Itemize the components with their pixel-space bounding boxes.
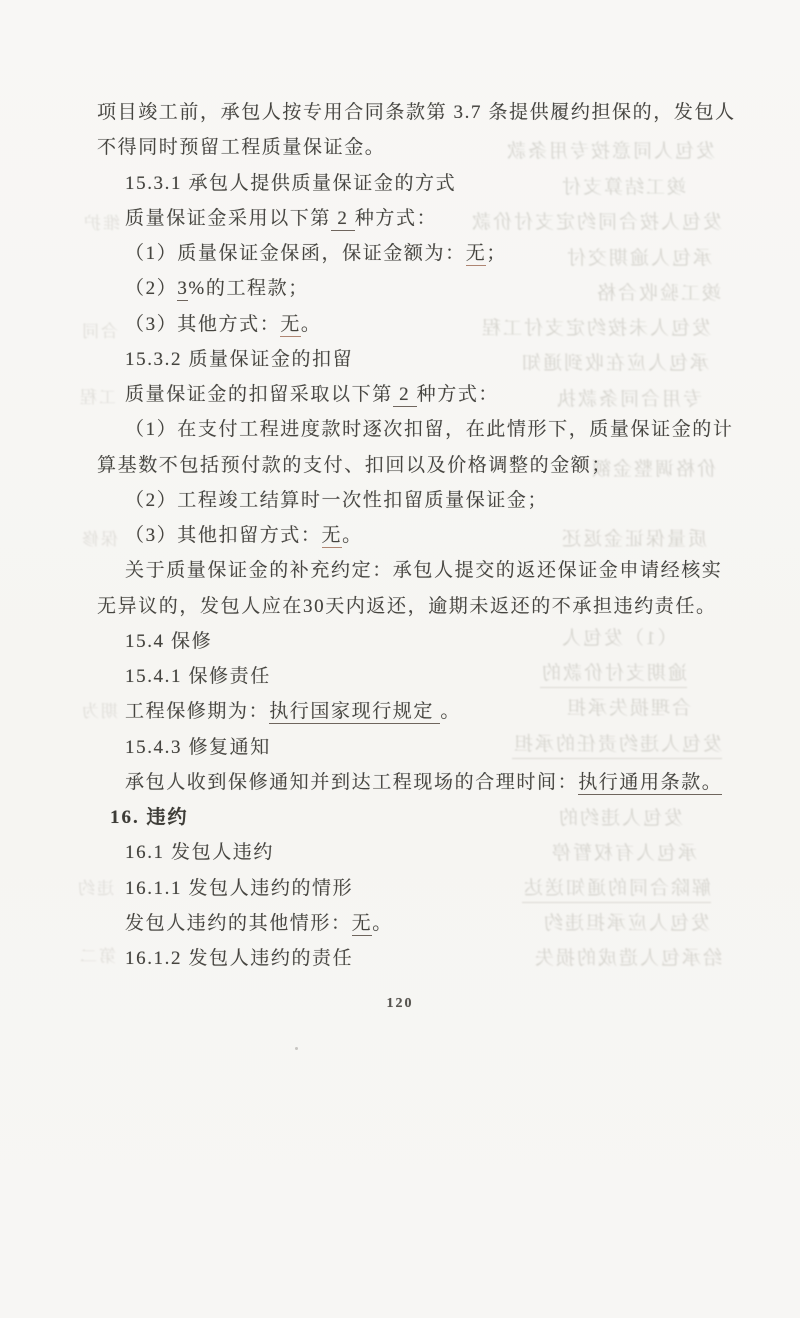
- text-segment: 项目竣工前，承包人按专用合同条款第 3.7 条提供履约担保的，发包人: [97, 102, 736, 123]
- text-segment: 无异议的，发包人应在30天内返还，逾期未返还的不承担违约责任。: [97, 596, 717, 617]
- text-segment: 15.3.2 质量保证金的扣留: [125, 349, 353, 370]
- text-segment: （2）: [125, 278, 177, 299]
- text-line: 16.1.1 发包人违约的情形: [97, 871, 760, 906]
- text-line: （3）其他方式：无。: [97, 307, 760, 342]
- text-segment: （3）其他扣留方式：: [125, 525, 322, 546]
- text-line: 16.1.2 发包人违约的责任: [97, 941, 760, 976]
- text-line: 不得同时预留工程质量保证金。: [97, 130, 760, 165]
- text-segment: 。: [372, 913, 393, 934]
- text-line: 算基数不包括预付款的支付、扣回以及价格调整的金额；: [97, 448, 760, 483]
- text-line: （1）在支付工程进度款时逐次扣留，在此情形下，质量保证金的计: [97, 412, 760, 447]
- text-line: （2）3%的工程款；: [97, 271, 760, 306]
- text-line: 质量保证金的扣留采取以下第 2 种方式：: [97, 377, 760, 412]
- text-segment: 算基数不包括预付款的支付、扣回以及价格调整的金额；: [97, 455, 612, 476]
- text-segment: %的工程款；: [188, 278, 308, 299]
- text-segment: （3）其他方式：: [125, 314, 280, 335]
- text-segment: 发包人违约的其他情形：: [125, 913, 352, 934]
- filled-blank: 无: [352, 913, 373, 936]
- text-segment: 关于质量保证金的补充约定：承包人提交的返还保证金申请经核实: [125, 560, 722, 581]
- filled-blank: 无: [322, 525, 343, 548]
- text-line: 15.4.1 保修责任: [97, 659, 760, 694]
- filled-blank: 2: [393, 384, 417, 407]
- text-segment: 15.3.1 承包人提供质量保证金的方式: [125, 173, 456, 194]
- text-line: 承包人收到保修通知并到达工程现场的合理时间：执行通用条款。: [97, 765, 760, 800]
- text-line: 无异议的，发包人应在30天内返还，逾期未返还的不承担违约责任。: [97, 589, 760, 624]
- text-segment: 不得同时预留工程质量保证金。: [97, 137, 385, 158]
- filled-blank: 2: [331, 208, 355, 231]
- scan-speck: [295, 1047, 298, 1050]
- text-segment: 工程保修期为：: [125, 701, 269, 722]
- text-segment: 16.1 发包人违约: [125, 842, 274, 863]
- filled-blank: 执行通用条款。: [578, 772, 722, 795]
- page-number: 120: [0, 996, 800, 1012]
- text-line: 发包人违约的其他情形：无。: [97, 906, 760, 941]
- filled-blank: 无: [466, 243, 487, 266]
- text-line: 16. 违约: [97, 800, 760, 835]
- filled-blank: 执行国家现行规定: [269, 701, 440, 724]
- text-line: 15.3.2 质量保证金的扣留: [97, 342, 760, 377]
- text-segment: 。: [440, 701, 461, 722]
- text-line: （3）其他扣留方式：无。: [97, 518, 760, 553]
- text-line: 项目竣工前，承包人按专用合同条款第 3.7 条提供履约担保的，发包人: [97, 95, 760, 130]
- text-line: 15.4 保修: [97, 624, 760, 659]
- text-line: 15.3.1 承包人提供质量保证金的方式: [97, 166, 760, 201]
- text-line: 关于质量保证金的补充约定：承包人提交的返还保证金申请经核实: [97, 553, 760, 588]
- text-segment: 。: [301, 314, 322, 335]
- text-segment: 质量保证金采用以下第: [125, 208, 331, 229]
- text-segment: ；: [486, 243, 507, 264]
- filled-blank: 3: [177, 278, 188, 301]
- text-segment: （1）质量保证金保函，保证金额为：: [125, 243, 466, 264]
- text-segment: 承包人收到保修通知并到达工程现场的合理时间：: [125, 772, 578, 793]
- text-segment: 16.1.2 发包人违约的责任: [125, 948, 353, 969]
- text-segment: 15.4 保修: [125, 631, 212, 652]
- text-segment: 。: [342, 525, 363, 546]
- text-segment: （1）在支付工程进度款时逐次扣留，在此情形下，质量保证金的计: [125, 419, 734, 440]
- text-line: 工程保修期为：执行国家现行规定 。: [97, 694, 760, 729]
- scanned-contract-page: 发包人同意按专用条款竣工结算支付发包人按合同约定支付价款承包人逾期交付竣工验收合…: [0, 0, 800, 1318]
- text-segment: 16.1.1 发包人违约的情形: [125, 878, 353, 899]
- text-line: 质量保证金采用以下第 2 种方式：: [97, 201, 760, 236]
- text-line: 16.1 发包人违约: [97, 835, 760, 870]
- text-line: 15.4.3 修复通知: [97, 730, 760, 765]
- contract-text: 项目竣工前，承包人按专用合同条款第 3.7 条提供履约担保的，发包人不得同时预留…: [97, 95, 760, 976]
- text-segment: 15.4.3 修复通知: [125, 737, 271, 758]
- text-segment: 种方式：: [417, 384, 499, 405]
- filled-blank: 无: [280, 314, 301, 337]
- text-line: （2）工程竣工结算时一次性扣留质量保证金；: [97, 483, 760, 518]
- text-segment: 15.4.1 保修责任: [125, 666, 271, 687]
- text-line: （1）质量保证金保函，保证金额为：无；: [97, 236, 760, 271]
- text-segment: 16. 违约: [110, 807, 189, 828]
- text-segment: （2）工程竣工结算时一次性扣留质量保证金；: [125, 490, 548, 511]
- text-segment: 质量保证金的扣留采取以下第: [125, 384, 393, 405]
- text-segment: 种方式：: [355, 208, 437, 229]
